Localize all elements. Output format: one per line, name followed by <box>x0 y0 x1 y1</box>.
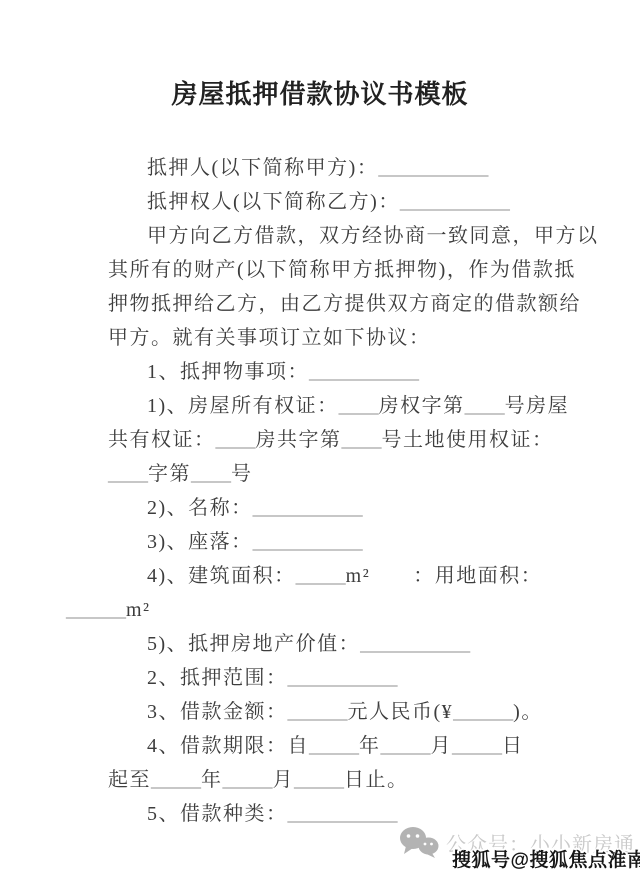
line-text: 字第 <box>148 463 191 485</box>
line-text: 甲方。就有关事项订立如下协议： <box>108 327 431 349</box>
fill-in-blank: ____ <box>342 429 382 451</box>
line-text: 年 <box>359 735 381 757</box>
document-line: 2)、名称：___________ <box>108 491 600 525</box>
line-text: 2、抵押范围： <box>147 667 288 689</box>
line-text: 抵押权人(以下简称乙方)： <box>147 191 400 213</box>
document-line: 2、抵押范围：___________ <box>108 661 600 695</box>
line-text: 2)、名称： <box>147 497 253 519</box>
fill-in-blank: ____ <box>465 395 505 417</box>
line-text: 4)、建筑面积： <box>147 565 296 587</box>
line-text: 抵押人(以下简称甲方)： <box>147 157 378 179</box>
line-text: 房共字第 <box>256 429 342 451</box>
fill-in-blank: ___________ <box>288 803 398 825</box>
fill-in-blank: ______ <box>288 701 348 723</box>
fill-in-blank: _____ <box>381 735 431 757</box>
fill-in-blank: _____ <box>452 735 502 757</box>
document-line: 甲方向乙方借款，双方经协商一致同意，甲方以 <box>108 219 600 253</box>
line-text: 年 <box>201 769 223 791</box>
line-text: 共有权证： <box>108 429 216 451</box>
document-line: ____字第____号 <box>108 457 600 491</box>
line-text: 5)、抵押房地产价值： <box>147 633 360 655</box>
document-line: 4)、建筑面积：_____m² ：用地面积： <box>108 559 600 593</box>
document-line: 抵押权人(以下简称乙方)：___________ <box>108 185 600 219</box>
document-line: 起至_____年_____月_____日止。 <box>108 763 600 797</box>
fill-in-blank: ___________ <box>253 497 363 519</box>
line-text: 号土地使用权证： <box>382 429 554 451</box>
line-text: 月 <box>431 735 453 757</box>
line-text: 3、借款金额： <box>147 701 288 723</box>
document-page: 房屋抵押借款协议书模板 抵押人(以下简称甲方)：___________抵押权人(… <box>0 0 640 876</box>
document-line: 抵押人(以下简称甲方)：___________ <box>108 151 600 185</box>
fill-in-blank: ___________ <box>378 157 488 179</box>
document-line: 其所有的财产(以下简称甲方抵押物)，作为借款抵 <box>108 253 600 287</box>
line-text: 1、抵押物事项： <box>147 361 309 383</box>
document-body: 抵押人(以下简称甲方)：___________抵押权人(以下简称乙方)：____… <box>0 151 640 831</box>
document-line: 共有权证：____房共字第____号土地使用权证： <box>108 423 600 457</box>
fill-in-blank: ____ <box>339 395 379 417</box>
document-line: 1)、房屋所有权证：____房权字第____号房屋 <box>108 389 600 423</box>
fill-in-blank: ___________ <box>360 633 470 655</box>
line-text: 甲方向乙方借款，双方经协商一致同意，甲方以 <box>147 225 599 247</box>
document-line: 4、借款期限：自_____年_____月_____日 <box>108 729 600 763</box>
fill-in-blank: ______ <box>66 599 126 621</box>
line-text: 3)、座落： <box>147 531 253 553</box>
sohu-watermark-text: 搜狐号@搜狐焦点淮南站 <box>452 845 640 872</box>
line-text: 元人民币(¥ <box>348 701 454 723</box>
fill-in-blank: _____ <box>294 769 344 791</box>
fill-in-blank: ___________ <box>253 531 363 553</box>
document-line: 5)、抵押房地产价值：___________ <box>108 627 600 661</box>
line-text: )。 <box>513 701 543 723</box>
line-text: 起至 <box>108 769 151 791</box>
fill-in-blank: ______ <box>453 701 513 723</box>
fill-in-blank: ___________ <box>400 191 510 213</box>
document-line: 3)、座落：___________ <box>108 525 600 559</box>
document-line: 3、借款金额：______元人民币(¥______)。 <box>108 695 600 729</box>
line-text: 1)、房屋所有权证： <box>147 395 339 417</box>
line-text: 号房屋 <box>505 395 570 417</box>
line-text: 号 <box>231 463 253 485</box>
line-text: 其所有的财产(以下简称甲方抵押物)，作为借款抵 <box>108 259 576 281</box>
fill-in-blank: ____ <box>108 463 148 485</box>
line-text: 月 <box>273 769 295 791</box>
line-text: 押物抵押给乙方，由乙方提供双方商定的借款额给 <box>108 293 581 315</box>
line-text: 日止。 <box>344 769 409 791</box>
document-line: 甲方。就有关事项订立如下协议： <box>108 321 600 355</box>
wechat-watermark-text: 公众号：小小新房通 <box>446 828 635 857</box>
line-text: 房权字第 <box>379 395 465 417</box>
fill-in-blank: ____ <box>191 463 231 485</box>
fill-in-blank: _____ <box>223 769 273 791</box>
fill-in-blank: _____ <box>309 735 359 757</box>
line-text: 4、借款期限：自 <box>147 735 309 757</box>
line-text: m² <box>126 599 151 621</box>
line-text: 5、借款种类： <box>147 803 288 825</box>
fill-in-blank: ___________ <box>288 667 398 689</box>
page-title: 房屋抵押借款协议书模板 <box>0 0 640 111</box>
document-line: 1、抵押物事项：___________ <box>108 355 600 389</box>
fill-in-blank: _____ <box>296 565 346 587</box>
document-line: 5、借款种类：___________ <box>108 797 600 831</box>
document-line: ______m² <box>66 593 600 627</box>
line-text: m² ：用地面积： <box>346 565 543 587</box>
fill-in-blank: ____ <box>216 429 256 451</box>
fill-in-blank: _____ <box>151 769 201 791</box>
fill-in-blank: ___________ <box>309 361 419 383</box>
line-text: 日 <box>502 735 524 757</box>
document-line: 押物抵押给乙方，由乙方提供双方商定的借款额给 <box>108 287 600 321</box>
